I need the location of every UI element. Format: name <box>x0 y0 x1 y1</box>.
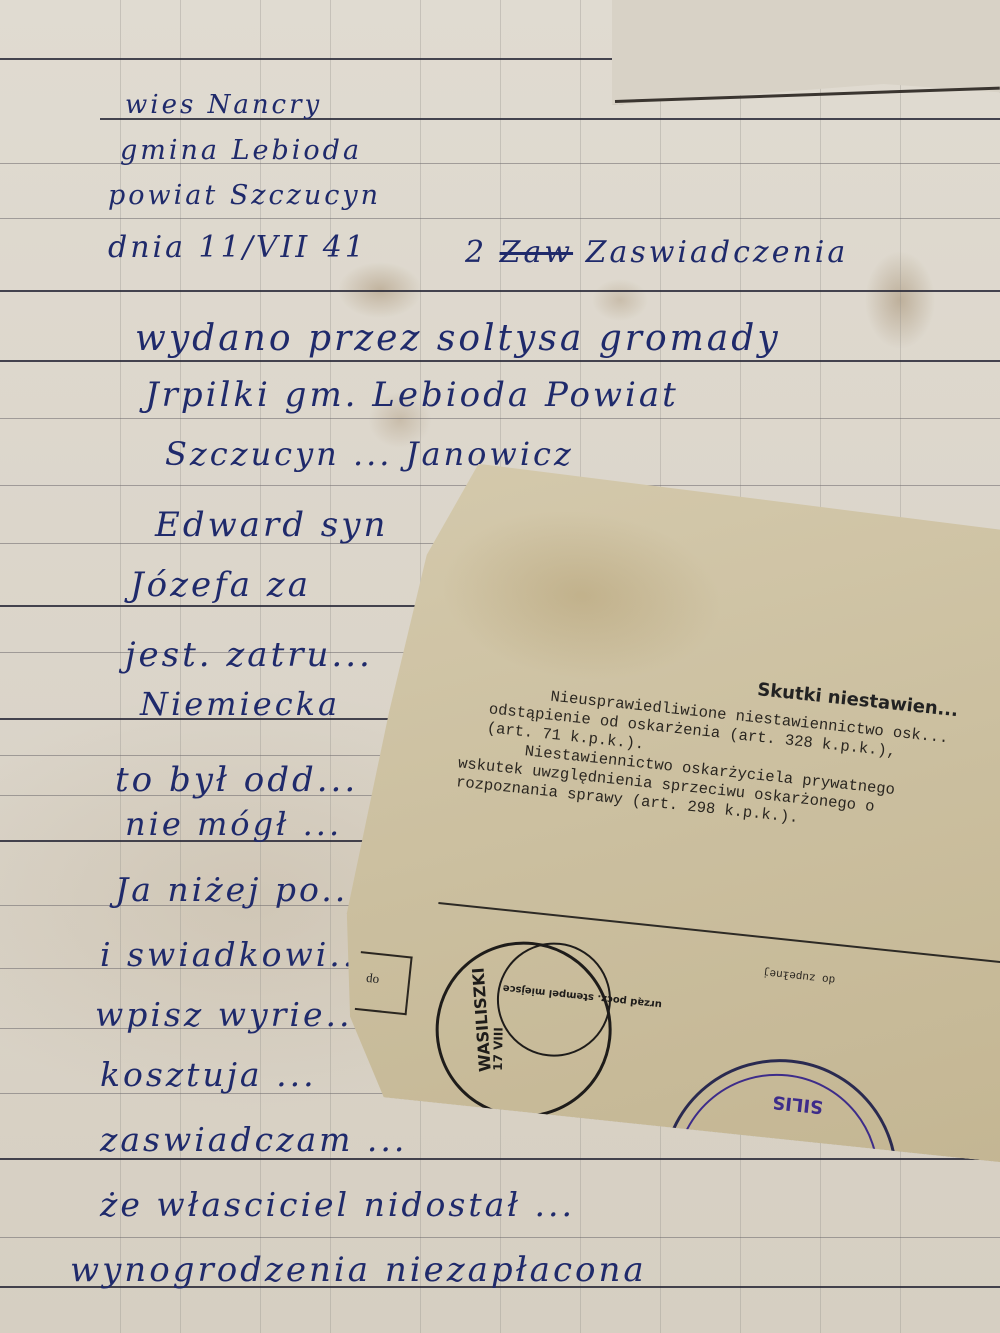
title-struck-word: Zaw <box>500 235 573 270</box>
postmark-stamp-wasiliszki: WASILISZKI urząd pocz. stempel miejsce 1… <box>427 933 620 1126</box>
body-line: kosztuja ... <box>100 1055 317 1094</box>
body-line: Józefa za <box>130 565 311 605</box>
body-line: Szczucyn ... Janowicz <box>165 435 574 473</box>
inverted-form-label: do zupełnej <box>762 961 836 987</box>
header-village: wies Nancry <box>125 90 322 120</box>
body-line: nie mógł ... <box>125 805 342 843</box>
title-word: Zaswiadczenia <box>586 235 849 270</box>
ruled-line <box>0 360 1000 362</box>
body-line: jest. zatru... <box>125 635 373 675</box>
body-line: zaswiadczam ... <box>100 1120 407 1159</box>
ruled-line <box>0 418 1000 419</box>
header-county: powiat Szczucyn <box>108 180 381 211</box>
body-line: wpisz wyrie... <box>95 995 366 1034</box>
ruled-line <box>0 218 1000 219</box>
stamp-date: 17 VIII <box>491 1027 506 1071</box>
ruled-line <box>0 290 1000 292</box>
body-line: i swiadkowi... <box>100 935 370 974</box>
printed-form-slip: Skutki niestawien... Nieusprawiedliwione… <box>328 455 1000 1165</box>
header-date: dnia 11/VII 41 <box>108 230 367 265</box>
title-prefix: 2 <box>465 235 487 270</box>
header-municipality: gmina Lebioda <box>120 135 362 166</box>
document-title: 2 Zaw Zaswiadczenia <box>465 235 848 270</box>
op-label: op <box>365 972 380 989</box>
body-line: Edward syn <box>155 505 388 545</box>
body-line: wynogrodzenia niezapłacona <box>70 1250 647 1290</box>
body-line: Jrpilki gm. Lebioda Powiat <box>145 375 679 415</box>
body-line: że własciciel nidostał ... <box>100 1185 575 1224</box>
ruled-line <box>0 1237 1000 1238</box>
form-op-box: op <box>355 951 413 1015</box>
body-line: to był odd... <box>115 760 358 800</box>
body-line: wydano przez soltysa gromady <box>135 318 781 359</box>
body-line: Ja niżej po... <box>115 870 362 909</box>
body-line: Niemiecka <box>140 685 340 723</box>
